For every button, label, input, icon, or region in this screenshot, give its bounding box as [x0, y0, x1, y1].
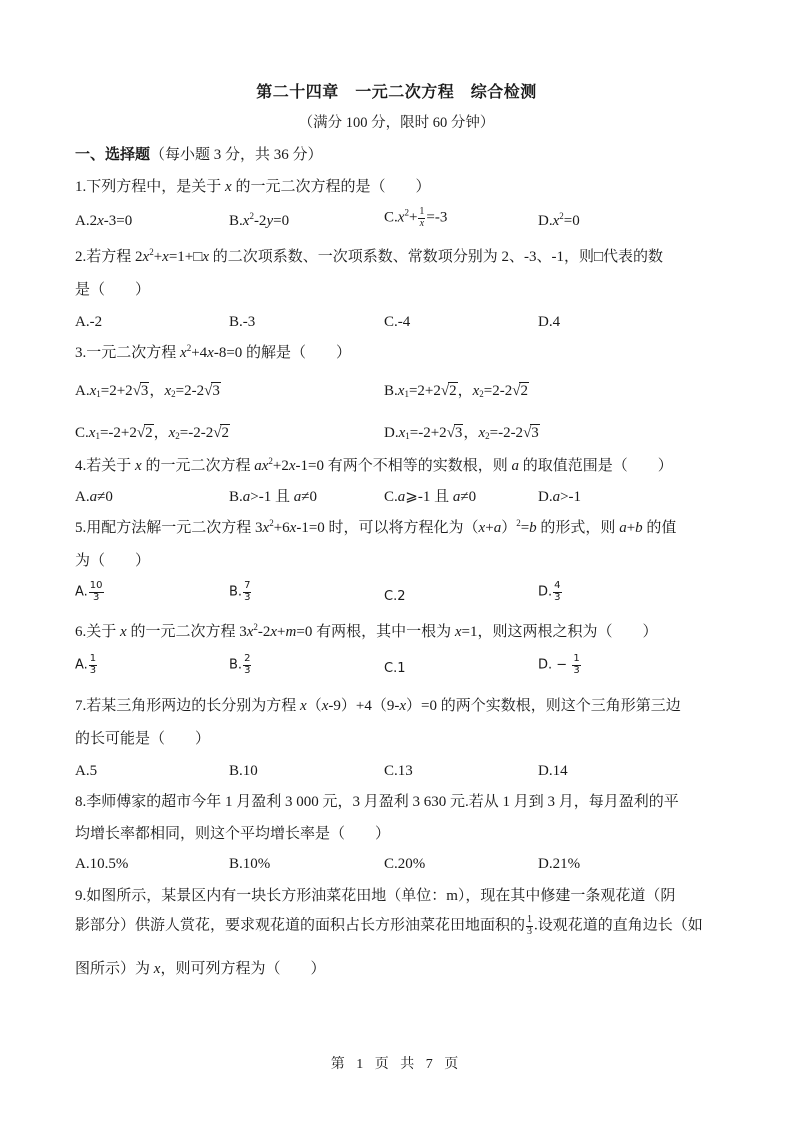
question-4-option-c[interactable]: C.a⩾-1 且 a≠0 [384, 490, 476, 505]
question-5-stem-line-2: 为（ ） [75, 554, 150, 569]
section-heading: 一、选择题（每小题 3 分，共 36 分） [75, 147, 323, 163]
question-6-option-a[interactable]: A.13 [75, 654, 98, 676]
question-7-option-b[interactable]: B.10 [229, 764, 258, 779]
question-8-stem-line-2: 均增长率都相同，则这个平均增长率是（ ） [75, 827, 390, 842]
question-6-option-d[interactable]: D. − 13 [538, 654, 582, 676]
question-2-stem-line-2: 是（ ） [75, 283, 150, 298]
question-1-option-c[interactable]: C.x2+1x=-3 [384, 207, 447, 229]
question-4-option-d[interactable]: D.a>-1 [538, 490, 581, 505]
question-5-stem-line-1: 5.用配方法解一元二次方程 3x2+6x-1=0 时，可以将方程化为（x+a）2… [75, 521, 676, 536]
question-3-stem: 3.一元二次方程 x2+4x-8=0 的解是（ ） [75, 346, 351, 361]
question-5-option-c[interactable]: C.2 [384, 590, 405, 603]
question-3-option-d[interactable]: D.x1=-2+2√3，x2=-2-2√3 [384, 426, 540, 441]
section-label: 一、选择题 [75, 145, 150, 163]
question-2-option-c[interactable]: C.-4 [384, 315, 410, 330]
question-2-option-b[interactable]: B.-3 [229, 315, 255, 330]
question-7-option-c[interactable]: C.13 [384, 764, 413, 779]
question-7-option-d[interactable]: D.14 [538, 764, 568, 779]
question-3-option-a[interactable]: A.x1=2+2√3，x2=2-2√3 [75, 384, 221, 399]
question-8-option-a[interactable]: A.10.5% [75, 857, 128, 872]
question-1-option-a[interactable]: A.2x-3=0 [75, 214, 132, 229]
question-8-option-c[interactable]: C.20% [384, 857, 425, 872]
question-6-option-c[interactable]: C.1 [384, 662, 405, 675]
question-6-option-b[interactable]: B.23 [229, 654, 252, 676]
question-5-option-a[interactable]: A.103 [75, 581, 105, 603]
question-5-option-d[interactable]: D.43 [538, 581, 563, 603]
question-7-stem-line-1: 7.若某三角形两边的长分别为方程 x（x-9）+4（9-x）=0 的两个实数根，… [75, 699, 681, 714]
question-9-stem-line-2: 影部分）供游人赏花，要求观花道的面积占长方形油菜花田地面积的13.设观花道的直角… [75, 915, 703, 937]
page-title: 第二十四章 一元二次方程 综合检测 [0, 84, 793, 100]
question-2-stem-line-1: 2.若方程 2x2+x=1+□x 的二次项系数、一次项系数、常数项分别为 2、-… [75, 250, 663, 265]
question-7-stem-line-2: 的长可能是（ ） [75, 732, 210, 747]
question-8-stem-line-1: 8.李师傅家的超市今年 1 月盈利 3 000 元，3 月盈利 3 630 元.… [75, 795, 679, 810]
question-8-option-b[interactable]: B.10% [229, 857, 270, 872]
question-2-option-d[interactable]: D.4 [538, 315, 560, 330]
page-footer: 第 1 页 共 7 页 [0, 1058, 793, 1072]
question-9-stem-line-1: 9.如图所示，某景区内有一块长方形油菜花田地（单位：m），现在其中修建一条观花道… [75, 889, 675, 904]
question-1-option-b[interactable]: B.x2-2y=0 [229, 214, 289, 229]
page-subtitle: （满分 100 分，限时 60 分钟） [0, 116, 793, 131]
question-3-option-b[interactable]: B.x1=2+2√2，x2=2-2√2 [384, 384, 529, 399]
question-2-option-a[interactable]: A.-2 [75, 315, 102, 330]
question-6-stem: 6.关于 x 的一元二次方程 3x2-2x+m=0 有两根，其中一根为 x=1，… [75, 625, 657, 640]
question-8-option-d[interactable]: D.21% [538, 857, 580, 872]
question-9-stem-line-3: 图所示）为 x，则可列方程为（ ） [75, 962, 325, 977]
question-7-option-a[interactable]: A.5 [75, 764, 97, 779]
section-note: （每小题 3 分，共 36 分） [150, 147, 323, 163]
question-5-option-b[interactable]: B.73 [229, 581, 252, 603]
question-1-stem: 1.下列方程中，是关于 x 的一元二次方程的是（ ） [75, 180, 430, 195]
question-4-option-b[interactable]: B.a>-1 且 a≠0 [229, 490, 317, 505]
question-4-option-a[interactable]: A.a≠0 [75, 490, 113, 505]
question-1-option-d[interactable]: D.x2=0 [538, 214, 580, 229]
question-3-option-c[interactable]: C.x1=-2+2√2，x2=-2-2√2 [75, 426, 230, 441]
question-4-stem: 4.若关于 x 的一元二次方程 ax2+2x-1=0 有两个不相等的实数根，则 … [75, 459, 673, 474]
